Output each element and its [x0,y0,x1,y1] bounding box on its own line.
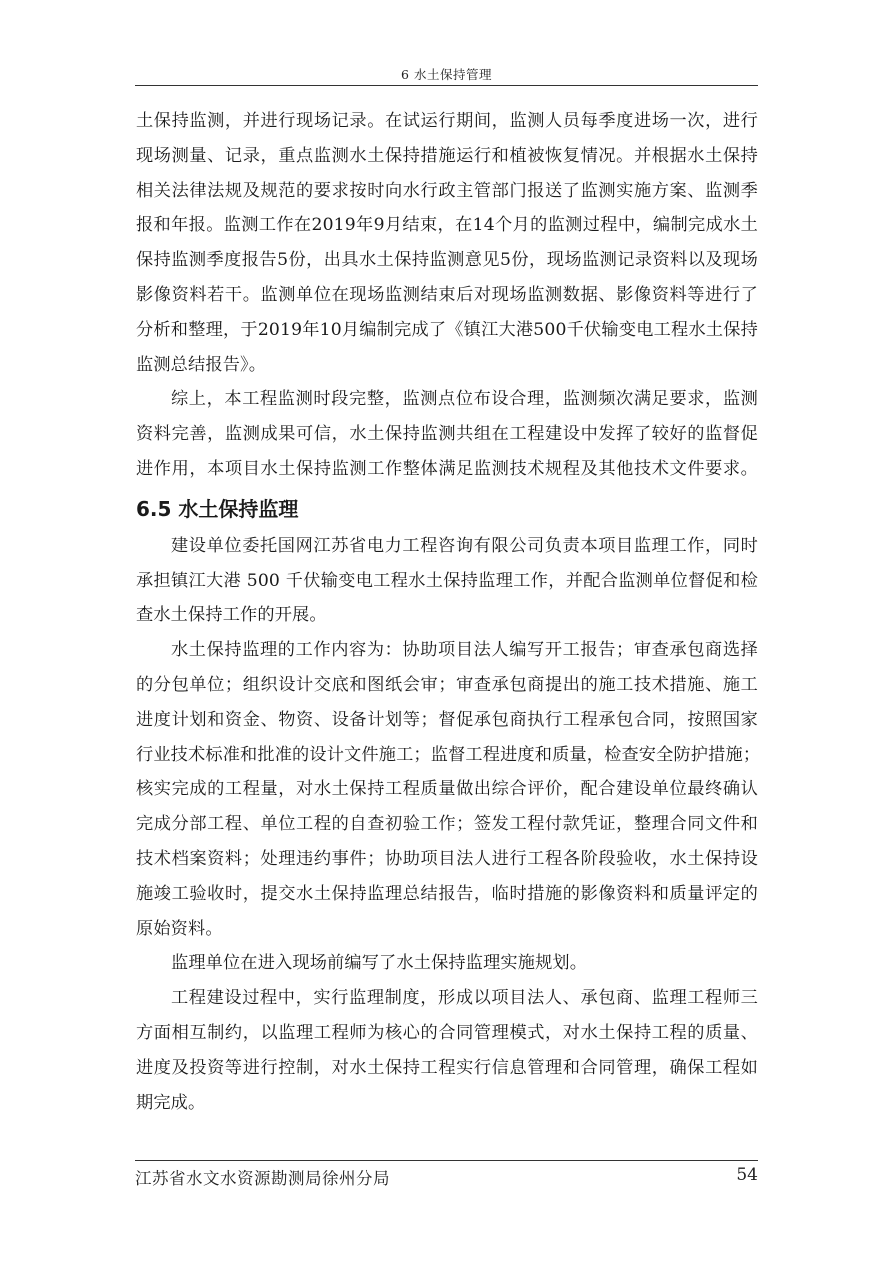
text-line: 工程建设过程中，实行监理制度，形成以项目法人、承包商、监理工程师三 [136,981,758,1016]
footer-organization: 江苏省水文水资源勘测局徐州分局 [135,1165,390,1189]
text-line: 施竣工验收时，提交水土保持监理总结报告，临时措施的影像资料和质量评定的 [136,877,758,912]
text-line: 土保持监测，并进行现场记录。在试运行期间，监测人员每季度进场一次，进行 [136,104,758,139]
paragraph-summary: 综上，本工程监测时段完整，监测点位布设合理，监测频次满足要求，监测 资料完善，监… [136,382,758,486]
section-heading: 6.5 水土保持监理 [136,489,758,529]
text-line: 建设单位委托国网江苏省电力工程咨询有限公司负责本项目监理工作，同时 [136,529,758,564]
text-line: 查水土保持工作的开展。 [136,598,758,633]
page-header: 6 水土保持管理 [135,63,758,86]
paragraph-process: 工程建设过程中，实行监理制度，形成以项目法人、承包商、监理工程师三 方面相互制约… [136,981,758,1120]
paragraph-continuation: 土保持监测，并进行现场记录。在试运行期间，监测人员每季度进场一次，进行 现场测量… [136,104,758,382]
text-line: 原始资料。 [136,912,758,947]
page-footer: 江苏省水文水资源勘测局徐州分局 54 [135,1160,758,1191]
paragraph-entrust: 建设单位委托国网江苏省电力工程咨询有限公司负责本项目监理工作，同时 承担镇江大港… [136,529,758,633]
text-line: 监测总结报告》。 [136,348,758,383]
text-line: 资料完善，监测成果可信，水土保持监测共组在工程建设中发挥了较好的监督促 [136,417,758,452]
text-line: 技术档案资料；处理违约事件；协助项目法人进行工程各阶段验收，水土保持设 [136,842,758,877]
text-line: 进度及投资等进行控制，对水土保持工程实行信息管理和合同管理，确保工程如 [136,1051,758,1086]
text-line: 水土保持监理的工作内容为：协助项目法人编写开工报告；审查承包商选择 [136,633,758,668]
text-line: 核实完成的工程量，对水土保持工程质量做出综合评价，配合建设单位最终确认 [136,772,758,807]
text-line: 分析和整理，于2019年10月编制完成了《镇江大港500千伏输变电工程水土保持 [136,313,758,348]
text-line: 的分包单位；组织设计交底和图纸会审；审查承包商提出的施工技术措施、施工 [136,668,758,703]
text-line: 监理单位在进入现场前编写了水土保持监理实施规划。 [136,946,758,981]
text-line: 方面相互制约，以监理工程师为核心的合同管理模式，对水土保持工程的质量、 [136,1016,758,1051]
paragraph-plan: 监理单位在进入现场前编写了水土保持监理实施规划。 [136,946,758,981]
text-line: 影像资料若干。监测单位在现场监测结束后对现场监测数据、影像资料等进行了 [136,278,758,313]
paragraph-duties: 水土保持监理的工作内容为：协助项目法人编写开工报告；审查承包商选择 的分包单位；… [136,633,758,946]
text-line: 进作用，本项目水土保持监测工作整体满足监测技术规程及其他技术文件要求。 [136,452,758,487]
text-line: 相关法律法规及规范的要求按时向水行政主管部门报送了监测实施方案、监测季 [136,174,758,209]
text-line: 行业技术标准和批准的设计文件施工；监督工程进度和质量，检查安全防护措施； [136,738,758,773]
text-line: 报和年报。监测工作在2019年9月结束，在14个月的监测过程中，编制完成水土 [136,208,758,243]
text-line: 完成分部工程、单位工程的自查初验工作；签发工程付款凭证，整理合同文件和 [136,807,758,842]
text-line: 进度计划和资金、物资、设备计划等；督促承包商执行工程承包合同，按照国家 [136,703,758,738]
text-line: 承担镇江大港 500 千伏输变电工程水土保持监理工作，并配合监测单位督促和检 [136,564,758,599]
text-line: 综上，本工程监测时段完整，监测点位布设合理，监测频次满足要求，监测 [136,382,758,417]
text-line: 期完成。 [136,1086,758,1121]
page-body: 土保持监测，并进行现场记录。在试运行期间，监测人员每季度进场一次，进行 现场测量… [136,104,758,1120]
page-number: 54 [736,1165,758,1185]
running-title: 6 水土保持管理 [135,65,758,83]
text-line: 现场测量、记录，重点监测水土保持措施运行和植被恢复情况。并根据水土保持 [136,139,758,174]
text-line: 保持监测季度报告5份，出具水土保持监测意见5份，现场监测记录资料以及现场 [136,243,758,278]
